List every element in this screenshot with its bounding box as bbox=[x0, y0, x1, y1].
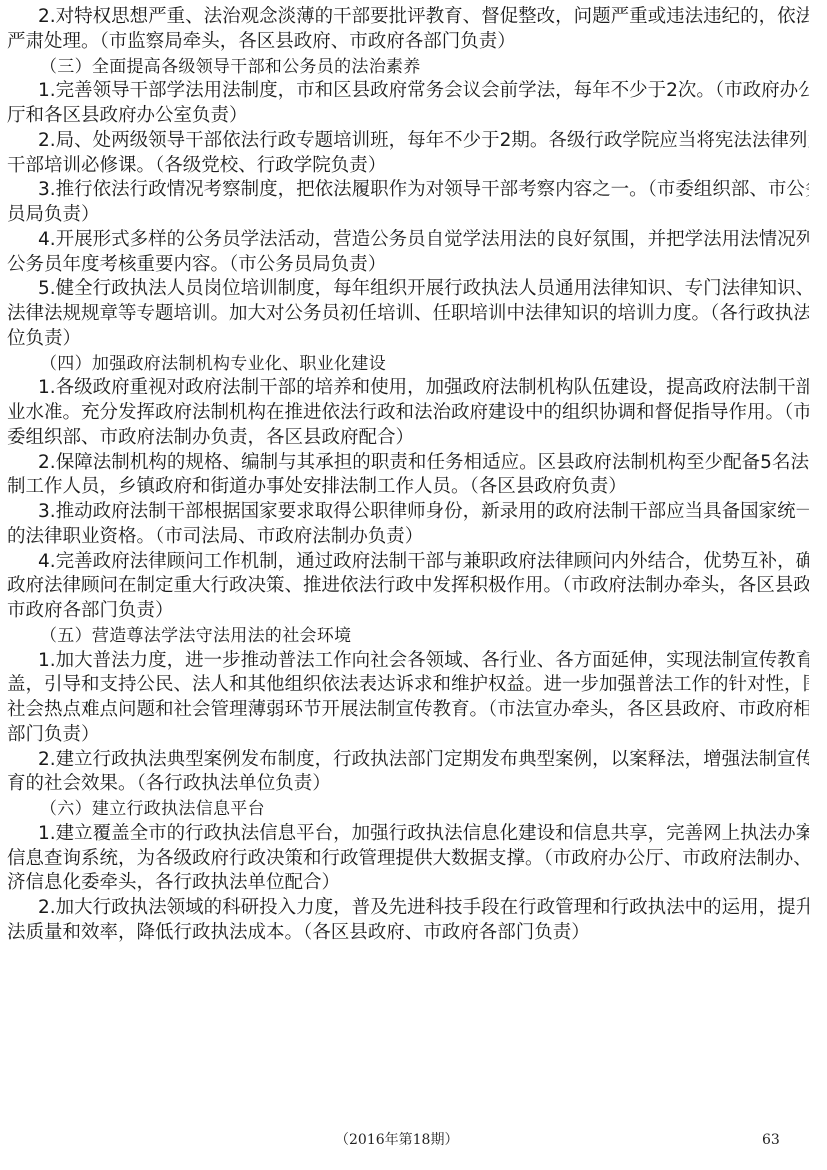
text-line: 干部培训必修课。（各级党校、行政学院负责） bbox=[7, 154, 809, 179]
text-line: 公务员年度考核重要内容。（市公务员局负责） bbox=[7, 253, 809, 278]
text-line: 2.局、处两级领导干部依法行政专题培训班，每年不少于2期。各级行政学院应当将宪法… bbox=[7, 129, 809, 154]
section-heading: （五）营造尊法学法守法用法的社会环境 bbox=[7, 624, 809, 649]
text-line: 5.健全行政执法人员岗位培训制度，每年组织开展行政执法人员通用法律知识、专门法律… bbox=[7, 277, 809, 302]
issue-label: （2016年第18期） bbox=[335, 1130, 458, 1150]
text-line: 济信息化委牵头，各行政执法单位配合） bbox=[7, 871, 809, 896]
text-line: 委组织部、市政府法制办负责，各区县政府配合） bbox=[7, 426, 809, 451]
text-line: 政府法律顾问在制定重大行政决策、推进依法行政中发挥积极作用。（市政府法制办牵头，… bbox=[7, 574, 809, 599]
text-line: 信息查询系统，为各级政府行政决策和行政管理提供大数据支撑。（市政府办公厅、市政府… bbox=[7, 847, 809, 872]
section-heading: （四）加强政府法制机构专业化、职业化建设 bbox=[7, 352, 809, 377]
text-line: 法质量和效率，降低行政执法成本。（各区县政府、市政府各部门负责） bbox=[7, 921, 809, 946]
text-line: 1.加大普法力度，进一步推动普法工作向社会各领域、各行业、各方面延伸，实现法制宣… bbox=[7, 649, 809, 674]
text-line: 社会热点难点问题和社会管理薄弱环节开展法制宣传教育。（市法宣办牵头，各区县政府、… bbox=[7, 698, 809, 723]
document-body: 2.对特权思想严重、法治观念淡薄的干部要批评教育、督促整改，问题严重或违法违纪的… bbox=[7, 5, 809, 946]
text-line: 的法律职业资格。（市司法局、市政府法制办负责） bbox=[7, 525, 809, 550]
text-line: 1.完善领导干部学法用法制度，市和区县政府常务会议会前学法，每年不少于2次。（市… bbox=[7, 79, 809, 104]
text-line: 制工作人员，乡镇政府和街道办事处安排法制工作人员。（各区县政府负责） bbox=[7, 475, 809, 500]
text-line: 3.推动政府法制干部根据国家要求取得公职律师身份，新录用的政府法制干部应当具备国… bbox=[7, 500, 809, 525]
text-line: 严肃处理。（市监察局牵头，各区县政府、市政府各部门负责） bbox=[7, 30, 809, 55]
text-line: 4.开展形式多样的公务员学法活动，营造公务员自觉学法用法的良好氛围，并把学法用法… bbox=[7, 228, 809, 253]
text-line: 2.建立行政执法典型案例发布制度，行政执法部门定期发布典型案例，以案释法，增强法… bbox=[7, 748, 809, 773]
text-line: 位负责） bbox=[7, 327, 809, 352]
text-line: 部门负责） bbox=[7, 723, 809, 748]
text-line: 1.各级政府重视对政府法制干部的培养和使用，加强政府法制机构队伍建设，提高政府法… bbox=[7, 376, 809, 401]
text-line: 2.加大行政执法领域的科研投入力度，普及先进科技手段在行政管理和行政执法中的运用… bbox=[7, 896, 809, 921]
text-line: 市政府各部门负责） bbox=[7, 599, 809, 624]
text-line: 业水准。充分发挥政府法制机构在推进依法行政和法治政府建设中的组织协调和督促指导作… bbox=[7, 401, 809, 426]
text-line: 2.保障法制机构的规格、编制与其承担的职责和任务相适应。区县政府法制机构至少配备… bbox=[7, 451, 809, 476]
section-heading: （三）全面提高各级领导干部和公务员的法治素养 bbox=[7, 55, 809, 80]
section-heading: （六）建立行政执法信息平台 bbox=[7, 797, 809, 822]
text-line: 2.对特权思想严重、法治观念淡薄的干部要批评教育、督促整改，问题严重或违法违纪的… bbox=[7, 5, 809, 30]
text-line: 员局负责） bbox=[7, 203, 809, 228]
text-line: 育的社会效果。（各行政执法单位负责） bbox=[7, 772, 809, 797]
text-line: 3.推行依法行政情况考察制度，把依法履职作为对领导干部考察内容之一。（市委组织部… bbox=[7, 178, 809, 203]
text-line: 1.建立覆盖全市的行政执法信息平台，加强行政执法信息化建设和信息共享，完善网上执… bbox=[7, 822, 809, 847]
text-line: 4.完善政府法律顾问工作机制，通过政府法制干部与兼职政府法律顾问内外结合，优势互… bbox=[7, 550, 809, 575]
text-line: 法律法规规章等专题培训。加大对公务员初任培训、任职培训中法律知识的培训力度。（各… bbox=[7, 302, 809, 327]
page-number: 63 bbox=[762, 1130, 780, 1150]
text-line: 厅和各区县政府办公室负责） bbox=[7, 104, 809, 129]
text-line: 盖，引导和支持公民、法人和其他组织依法表达诉求和维护权益。进一步加强普法工作的针… bbox=[7, 673, 809, 698]
